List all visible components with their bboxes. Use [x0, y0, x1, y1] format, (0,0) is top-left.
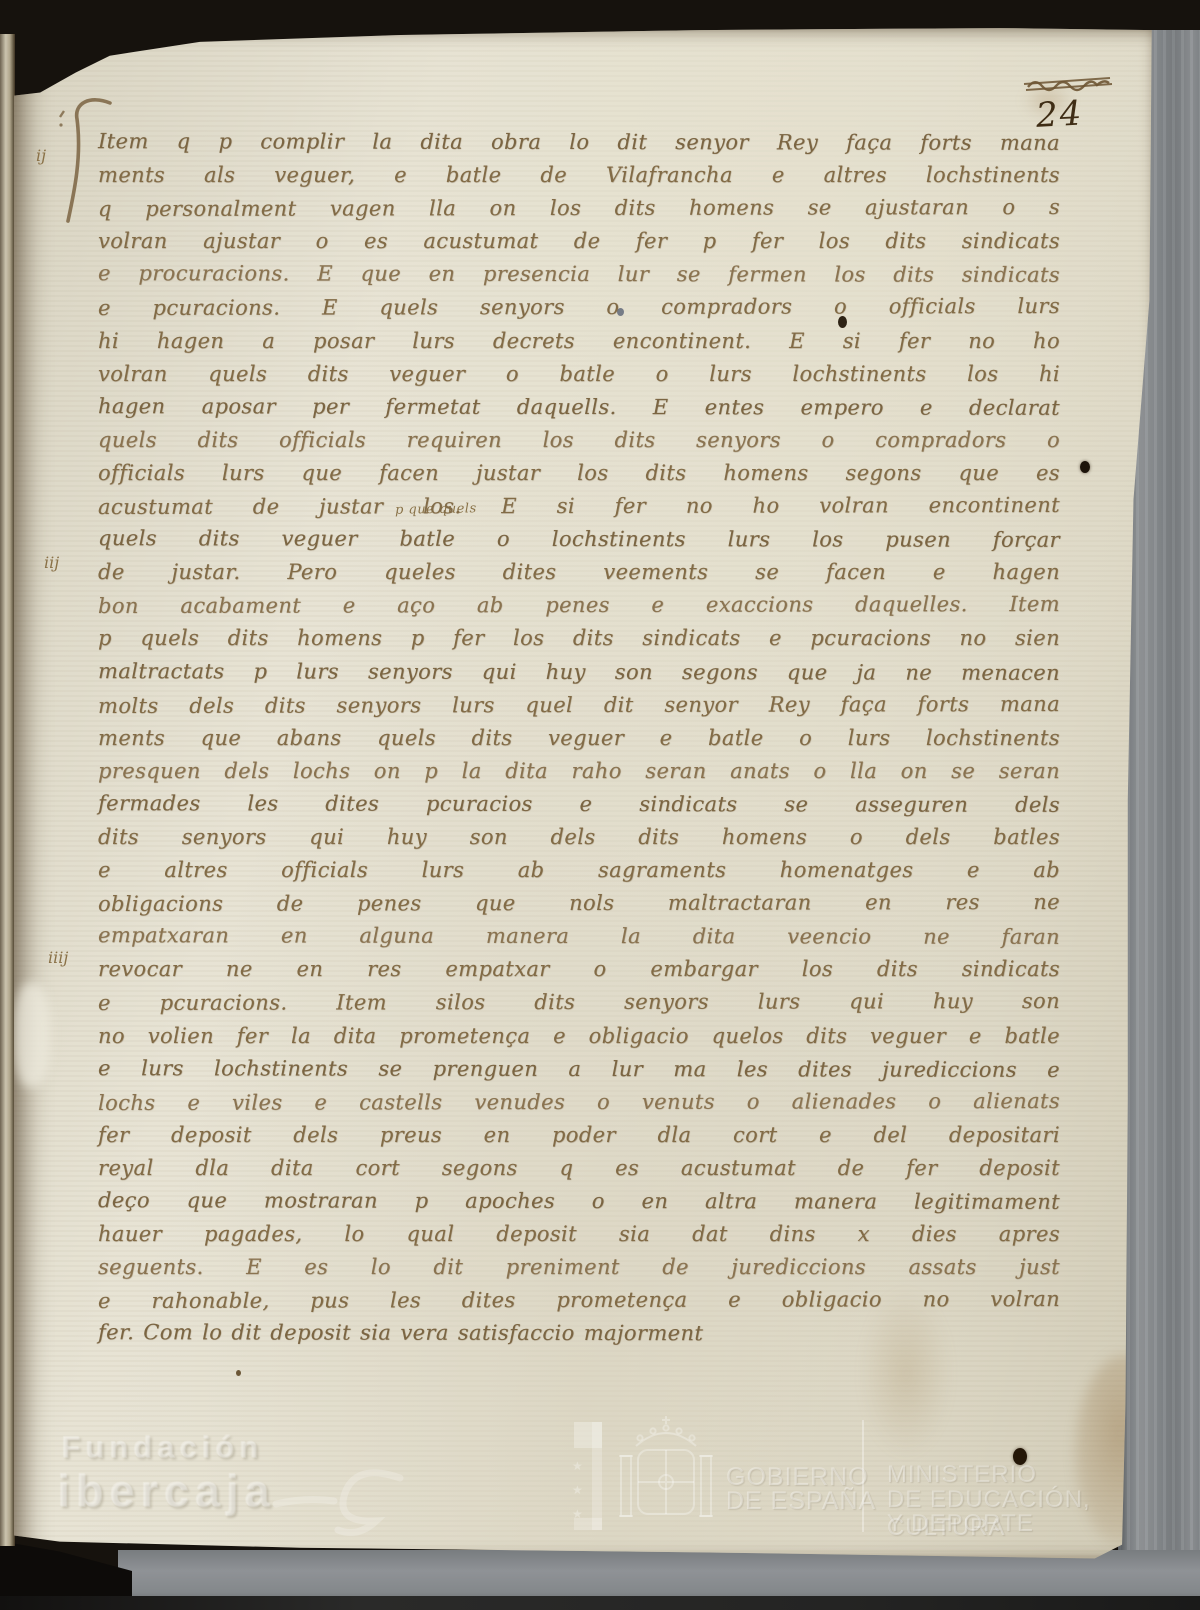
manuscript-page: 24 ij iij iiij p que quels Item q p comp…	[14, 25, 1154, 1560]
manuscript-line: reyal dla dita cort segons q es acustuma…	[98, 1152, 1060, 1185]
manuscript-line: ments que abans quels dits veguer e batl…	[98, 722, 1060, 755]
manuscript-line: bon acabament e aço ab penes e exaccions…	[98, 588, 1060, 623]
scanned-manuscript: 24 ij iij iiij p que quels Item q p comp…	[0, 0, 1200, 1610]
paper-repair-patch	[14, 983, 50, 1087]
manuscript-line: molts dels dits senyors lurs quel dit se…	[98, 688, 1060, 723]
manuscript-line: e procuracions. E que en presencia lur s…	[98, 258, 1060, 293]
manuscript-line: e rahonable, pus les dites prometença e …	[98, 1283, 1060, 1318]
manuscript-line: e pcuracions. E quels senyors o comprado…	[98, 290, 1060, 325]
manuscript-line: Item q p complir la dita obra lo dit sen…	[98, 125, 1060, 160]
manuscript-line: obligacions de penes que nols maltractar…	[98, 886, 1060, 921]
manuscript-line: officials lurs que facen justar los dits…	[98, 457, 1060, 490]
wormhole-icon	[1013, 1448, 1027, 1465]
manuscript-line: volran ajustar o es acustumat de fer p f…	[98, 225, 1060, 258]
manuscript-line: p quels dits homens p fer los dits sindi…	[98, 622, 1060, 655]
manuscript-line: revocar ne en res empatxar o embargar lo…	[98, 953, 1060, 986]
manuscript-line: empatxaran en alguna manera la dita veen…	[98, 919, 1060, 954]
manuscript-line: acustumat de justar los. E si fer no ho …	[98, 489, 1060, 524]
margin-mark: iij	[44, 555, 59, 571]
manuscript-line: e altres officials lurs ab sagraments ho…	[98, 854, 1060, 887]
manuscript-line: e lurs lochstinents se prenguen a lur ma…	[98, 1052, 1060, 1087]
manuscript-line: e pcuracions. Item silos dits senyors lu…	[98, 985, 1060, 1020]
manuscript-line: fer deposit dels preus en poder dla cort…	[98, 1119, 1060, 1152]
wormhole-icon	[1080, 461, 1090, 473]
manuscript-line: fer. Com lo dit deposit sia vera satisfa…	[98, 1317, 1060, 1352]
manuscript-line: dits senyors qui huy son dels dits homen…	[98, 821, 1060, 854]
manuscript-line: presquen dels lochs on p la dita raho se…	[98, 755, 1060, 788]
manuscript-line: hauer pagades, lo qual deposit sia dat d…	[98, 1218, 1060, 1251]
manuscript-line: hi hagen a posar lurs decrets encontinen…	[98, 325, 1060, 358]
manuscript-line: fermades les dites pcuracios e sindicats…	[98, 787, 1060, 822]
manuscript-line: no volien fer la dita prometença e oblig…	[98, 1020, 1060, 1053]
margin-mark: ij	[36, 148, 46, 164]
manuscript-line: seguents. E es lo dit preniment de jured…	[98, 1251, 1060, 1284]
manuscript-line: lochs e viles e castells venudes o venut…	[98, 1085, 1060, 1120]
margin-mark: iiij	[48, 950, 68, 966]
manuscript-line: volran quels dits veguer o batle o lurs …	[98, 358, 1060, 391]
manuscript-line: ments als veguer, e batle de Vilafrancha…	[98, 159, 1060, 192]
manuscript-line: de justar. Pero queles dites veements se…	[98, 556, 1060, 589]
manuscript-line: deço que mostraran p apoches o en altra …	[98, 1184, 1060, 1219]
book-leaf-edges	[0, 34, 15, 1546]
scan-bottom-edge	[0, 1596, 1200, 1610]
manuscript-line: quels dits officials requiren los dits s…	[98, 424, 1060, 457]
manuscript-line: hagen aposar per fermetat daquells. E en…	[98, 390, 1060, 425]
manuscript-lines: Item q p complir la dita obra lo dit sen…	[98, 126, 1060, 1350]
manuscript-line: maltractats p lurs senyors qui huy son s…	[98, 655, 1060, 690]
manuscript-line: q personalment vagen lla on los dits hom…	[98, 191, 1060, 226]
end-dot-mark	[236, 1370, 241, 1376]
manuscript-line: quels dits veguer batle o lochstinents l…	[98, 522, 1060, 557]
